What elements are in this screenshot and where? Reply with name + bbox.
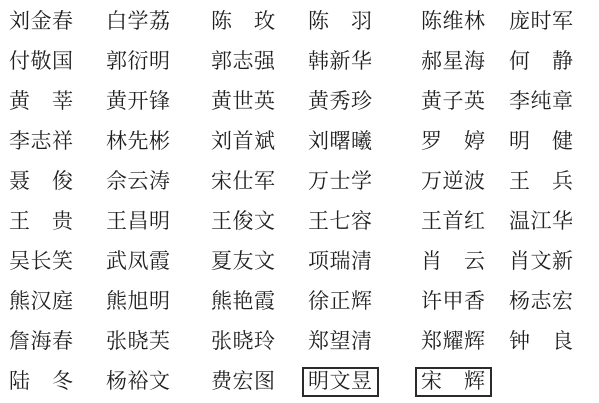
name-text: 徐正辉 — [308, 289, 373, 313]
name-text: 林先彬 — [106, 129, 171, 153]
name-cell: 林先彬 — [106, 131, 211, 152]
name-cell: 吴长笑 — [9, 251, 106, 272]
name-text: 白学荔 — [106, 9, 171, 33]
name-cell: 李志祥 — [9, 131, 106, 152]
name-cell: 王七容 — [308, 211, 421, 232]
name-cell: 宋仕军 — [211, 171, 308, 192]
name-cell: 王 贵 — [9, 211, 106, 232]
name-text: 黄开锋 — [106, 89, 171, 113]
name-cell: 徐正辉 — [308, 291, 421, 312]
name-text: 黄 莘 — [9, 89, 74, 113]
name-text: 杨裕文 — [106, 369, 171, 393]
name-text: 刘金春 — [9, 9, 74, 33]
name-cell: 万逆波 — [421, 171, 509, 192]
name-cell: 万士学 — [308, 171, 421, 192]
name-text: 王俊文 — [211, 209, 276, 233]
name-text: 刘曙曦 — [308, 129, 373, 153]
name-cell: 许甲香 — [421, 291, 509, 312]
name-text: 张晓芙 — [106, 329, 171, 353]
name-text: 李志祥 — [9, 129, 74, 153]
name-cell: 刘金春 — [9, 11, 106, 32]
name-text: 肖文新 — [509, 249, 574, 273]
name-cell: 黄子英 — [421, 91, 509, 112]
name-cell: 詹海春 — [9, 331, 106, 352]
name-text: 罗 婷 — [421, 129, 486, 153]
name-text: 武凤霞 — [106, 249, 171, 273]
name-text-boxed: 宋 辉 — [415, 367, 492, 397]
name-cell: 王俊文 — [211, 211, 308, 232]
name-cell: 郑耀辉 — [421, 331, 509, 352]
name-cell: 聂 俊 — [9, 171, 106, 192]
name-text: 温江华 — [509, 209, 574, 233]
name-text: 黄子英 — [421, 89, 486, 113]
name-cell: 张晓玲 — [211, 331, 308, 352]
name-cell: 宋 辉 — [421, 367, 509, 397]
name-cell: 刘首斌 — [211, 131, 308, 152]
name-cell: 庞时军 — [509, 11, 599, 32]
name-text: 明 健 — [509, 129, 574, 153]
name-text: 王 兵 — [509, 169, 574, 193]
name-text: 杨志宏 — [509, 289, 574, 313]
name-text: 詹海春 — [9, 329, 74, 353]
name-cell: 熊汉庭 — [9, 291, 106, 312]
name-text: 庞时军 — [509, 9, 574, 33]
name-text: 夏友文 — [211, 249, 276, 273]
name-cell: 武凤霞 — [106, 251, 211, 272]
name-cell: 黄开锋 — [106, 91, 211, 112]
name-text: 费宏图 — [211, 369, 276, 393]
name-text: 钟 良 — [509, 329, 574, 353]
name-text: 付敬国 — [9, 49, 74, 73]
name-cell: 王 兵 — [509, 171, 599, 192]
name-text: 陈 羽 — [308, 9, 373, 33]
name-text: 郝星海 — [421, 49, 486, 73]
name-text: 张晓玲 — [211, 329, 276, 353]
name-cell: 项瑞清 — [308, 251, 421, 272]
name-text: 熊艳霞 — [211, 289, 276, 313]
name-text: 熊旭明 — [106, 289, 171, 313]
name-cell: 张晓芙 — [106, 331, 211, 352]
name-text: 万士学 — [308, 169, 373, 193]
name-cell: 肖 云 — [421, 251, 509, 272]
name-text: 郭衍明 — [106, 49, 171, 73]
name-grid: 刘金春白学荔陈 玫陈 羽陈维林庞时军付敬国郭衍明郭志强韩新华郝星海何 静黄 莘黄… — [0, 0, 599, 403]
name-cell: 陈 羽 — [308, 11, 421, 32]
name-text: 郭志强 — [211, 49, 276, 73]
name-text: 陈维林 — [421, 9, 486, 33]
name-cell: 罗 婷 — [421, 131, 509, 152]
name-cell: 熊旭明 — [106, 291, 211, 312]
name-text: 宋仕军 — [211, 169, 276, 193]
name-list-page: 刘金春白学荔陈 玫陈 羽陈维林庞时军付敬国郭衍明郭志强韩新华郝星海何 静黄 莘黄… — [0, 0, 599, 403]
name-cell: 王昌明 — [106, 211, 211, 232]
name-text: 郑耀辉 — [421, 329, 486, 353]
name-cell: 刘曙曦 — [308, 131, 421, 152]
name-text: 陈 玫 — [211, 9, 276, 33]
name-cell: 明文昱 — [308, 367, 421, 397]
name-text: 项瑞清 — [308, 249, 373, 273]
name-cell: 王首红 — [421, 211, 509, 232]
name-text: 熊汉庭 — [9, 289, 74, 313]
name-cell: 白学荔 — [106, 11, 211, 32]
name-cell: 佘云涛 — [106, 171, 211, 192]
name-cell: 付敬国 — [9, 51, 106, 72]
name-text: 陆 冬 — [9, 369, 74, 393]
name-cell: 郝星海 — [421, 51, 509, 72]
name-cell: 明 健 — [509, 131, 599, 152]
name-cell: 温江华 — [509, 211, 599, 232]
name-cell: 郭衍明 — [106, 51, 211, 72]
name-text: 何 静 — [509, 49, 574, 73]
name-cell: 杨志宏 — [509, 291, 599, 312]
name-cell: 黄世英 — [211, 91, 308, 112]
name-cell: 何 静 — [509, 51, 599, 72]
name-text: 王七容 — [308, 209, 373, 233]
name-text: 王昌明 — [106, 209, 171, 233]
name-cell: 黄秀珍 — [308, 91, 421, 112]
name-text: 郑望清 — [308, 329, 373, 353]
name-text: 李纯章 — [509, 89, 574, 113]
name-text: 黄秀珍 — [308, 89, 373, 113]
name-text: 刘首斌 — [211, 129, 276, 153]
name-cell: 郭志强 — [211, 51, 308, 72]
name-cell: 杨裕文 — [106, 371, 211, 392]
name-text: 吴长笑 — [9, 249, 74, 273]
name-cell: 陈 玫 — [211, 11, 308, 32]
name-cell: 李纯章 — [509, 91, 599, 112]
name-cell: 钟 良 — [509, 331, 599, 352]
name-text: 万逆波 — [421, 169, 486, 193]
name-text-boxed: 明文昱 — [302, 367, 379, 397]
name-text: 肖 云 — [421, 249, 486, 273]
name-cell: 陆 冬 — [9, 371, 106, 392]
name-cell: 肖文新 — [509, 251, 599, 272]
name-cell: 韩新华 — [308, 51, 421, 72]
name-cell: 陈维林 — [421, 11, 509, 32]
name-text: 黄世英 — [211, 89, 276, 113]
name-cell: 黄 莘 — [9, 91, 106, 112]
name-text: 王首红 — [421, 209, 486, 233]
name-text: 许甲香 — [421, 289, 486, 313]
name-text: 聂 俊 — [9, 169, 74, 193]
name-cell: 熊艳霞 — [211, 291, 308, 312]
name-text: 佘云涛 — [106, 169, 171, 193]
name-text: 王 贵 — [9, 209, 74, 233]
name-text: 韩新华 — [308, 49, 373, 73]
name-cell: 费宏图 — [211, 371, 308, 392]
name-cell: 夏友文 — [211, 251, 308, 272]
name-cell: 郑望清 — [308, 331, 421, 352]
